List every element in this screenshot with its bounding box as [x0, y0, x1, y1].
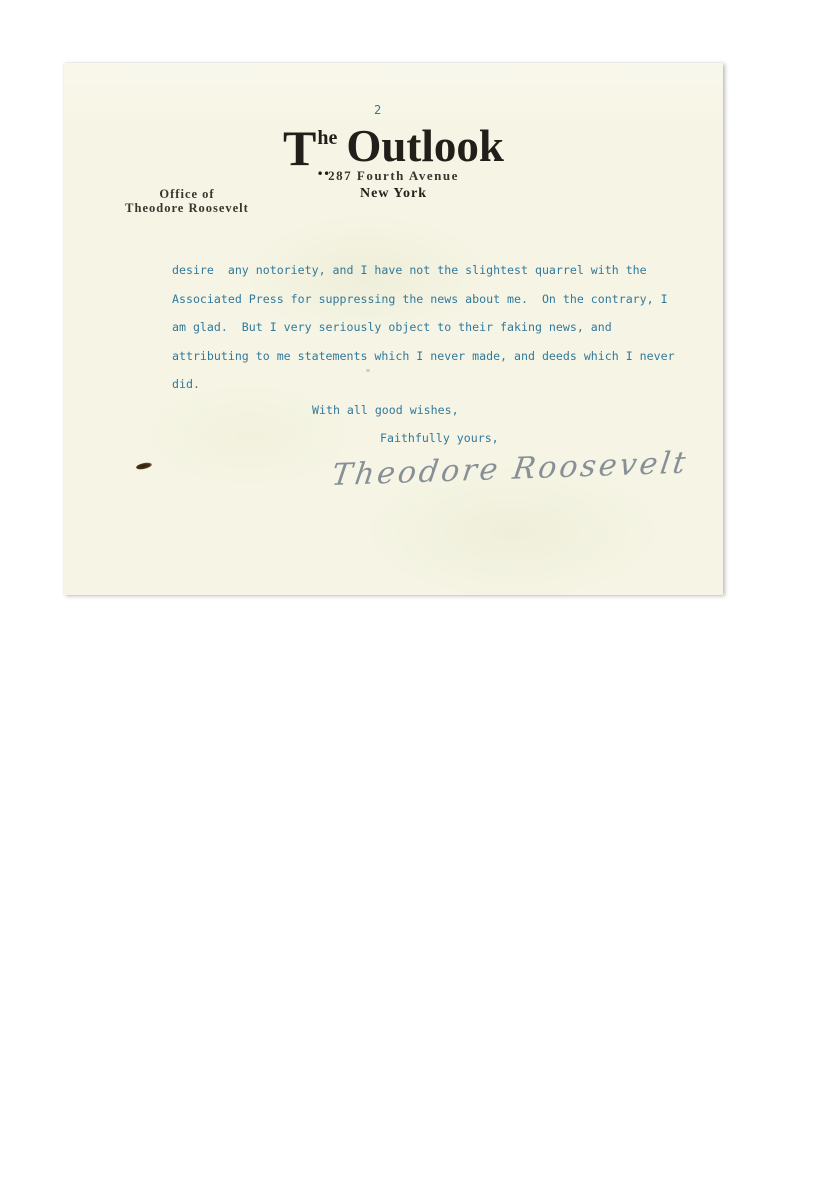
office-block: Office of Theodore Roosevelt	[102, 188, 272, 215]
scan-canvas: { "letter": { "page_number": "2", "lette…	[0, 0, 819, 1197]
closing-faithfully-yours: Faithfully yours,	[380, 424, 499, 453]
body-line: Associated Press for suppressing the new…	[172, 285, 712, 314]
letter-page-scan: 2 T he .. Outlook 287 Fourth Avenue New …	[64, 63, 723, 595]
ink-spot	[136, 461, 153, 470]
body-line: am glad. But I very seriously object to …	[172, 313, 712, 342]
office-name-line: Theodore Roosevelt	[102, 202, 272, 216]
closing-good-wishes: With all good wishes,	[312, 396, 459, 425]
signature-theodore-roosevelt: Theodore Roosevelt	[330, 445, 691, 493]
body-line: attributing to me statements which I nev…	[172, 342, 712, 371]
office-of-line: Office of	[102, 188, 272, 202]
masthead-he: he	[317, 130, 337, 146]
letterhead-address: 287 Fourth Avenue	[64, 168, 723, 184]
letter-body: desire any notoriety, and I have not the…	[172, 256, 712, 399]
masthead-word-outlook: Outlook	[346, 129, 504, 164]
outlook-masthead: T he .. Outlook	[64, 129, 723, 168]
masthead-abbreviation-stack: he ..	[317, 130, 337, 168]
paper-blemish-dot	[366, 369, 370, 372]
masthead-letter-t: T	[283, 129, 316, 168]
page-number: 2	[374, 103, 381, 117]
body-line: desire any notoriety, and I have not the…	[172, 256, 712, 285]
body-line: did.	[172, 370, 712, 399]
